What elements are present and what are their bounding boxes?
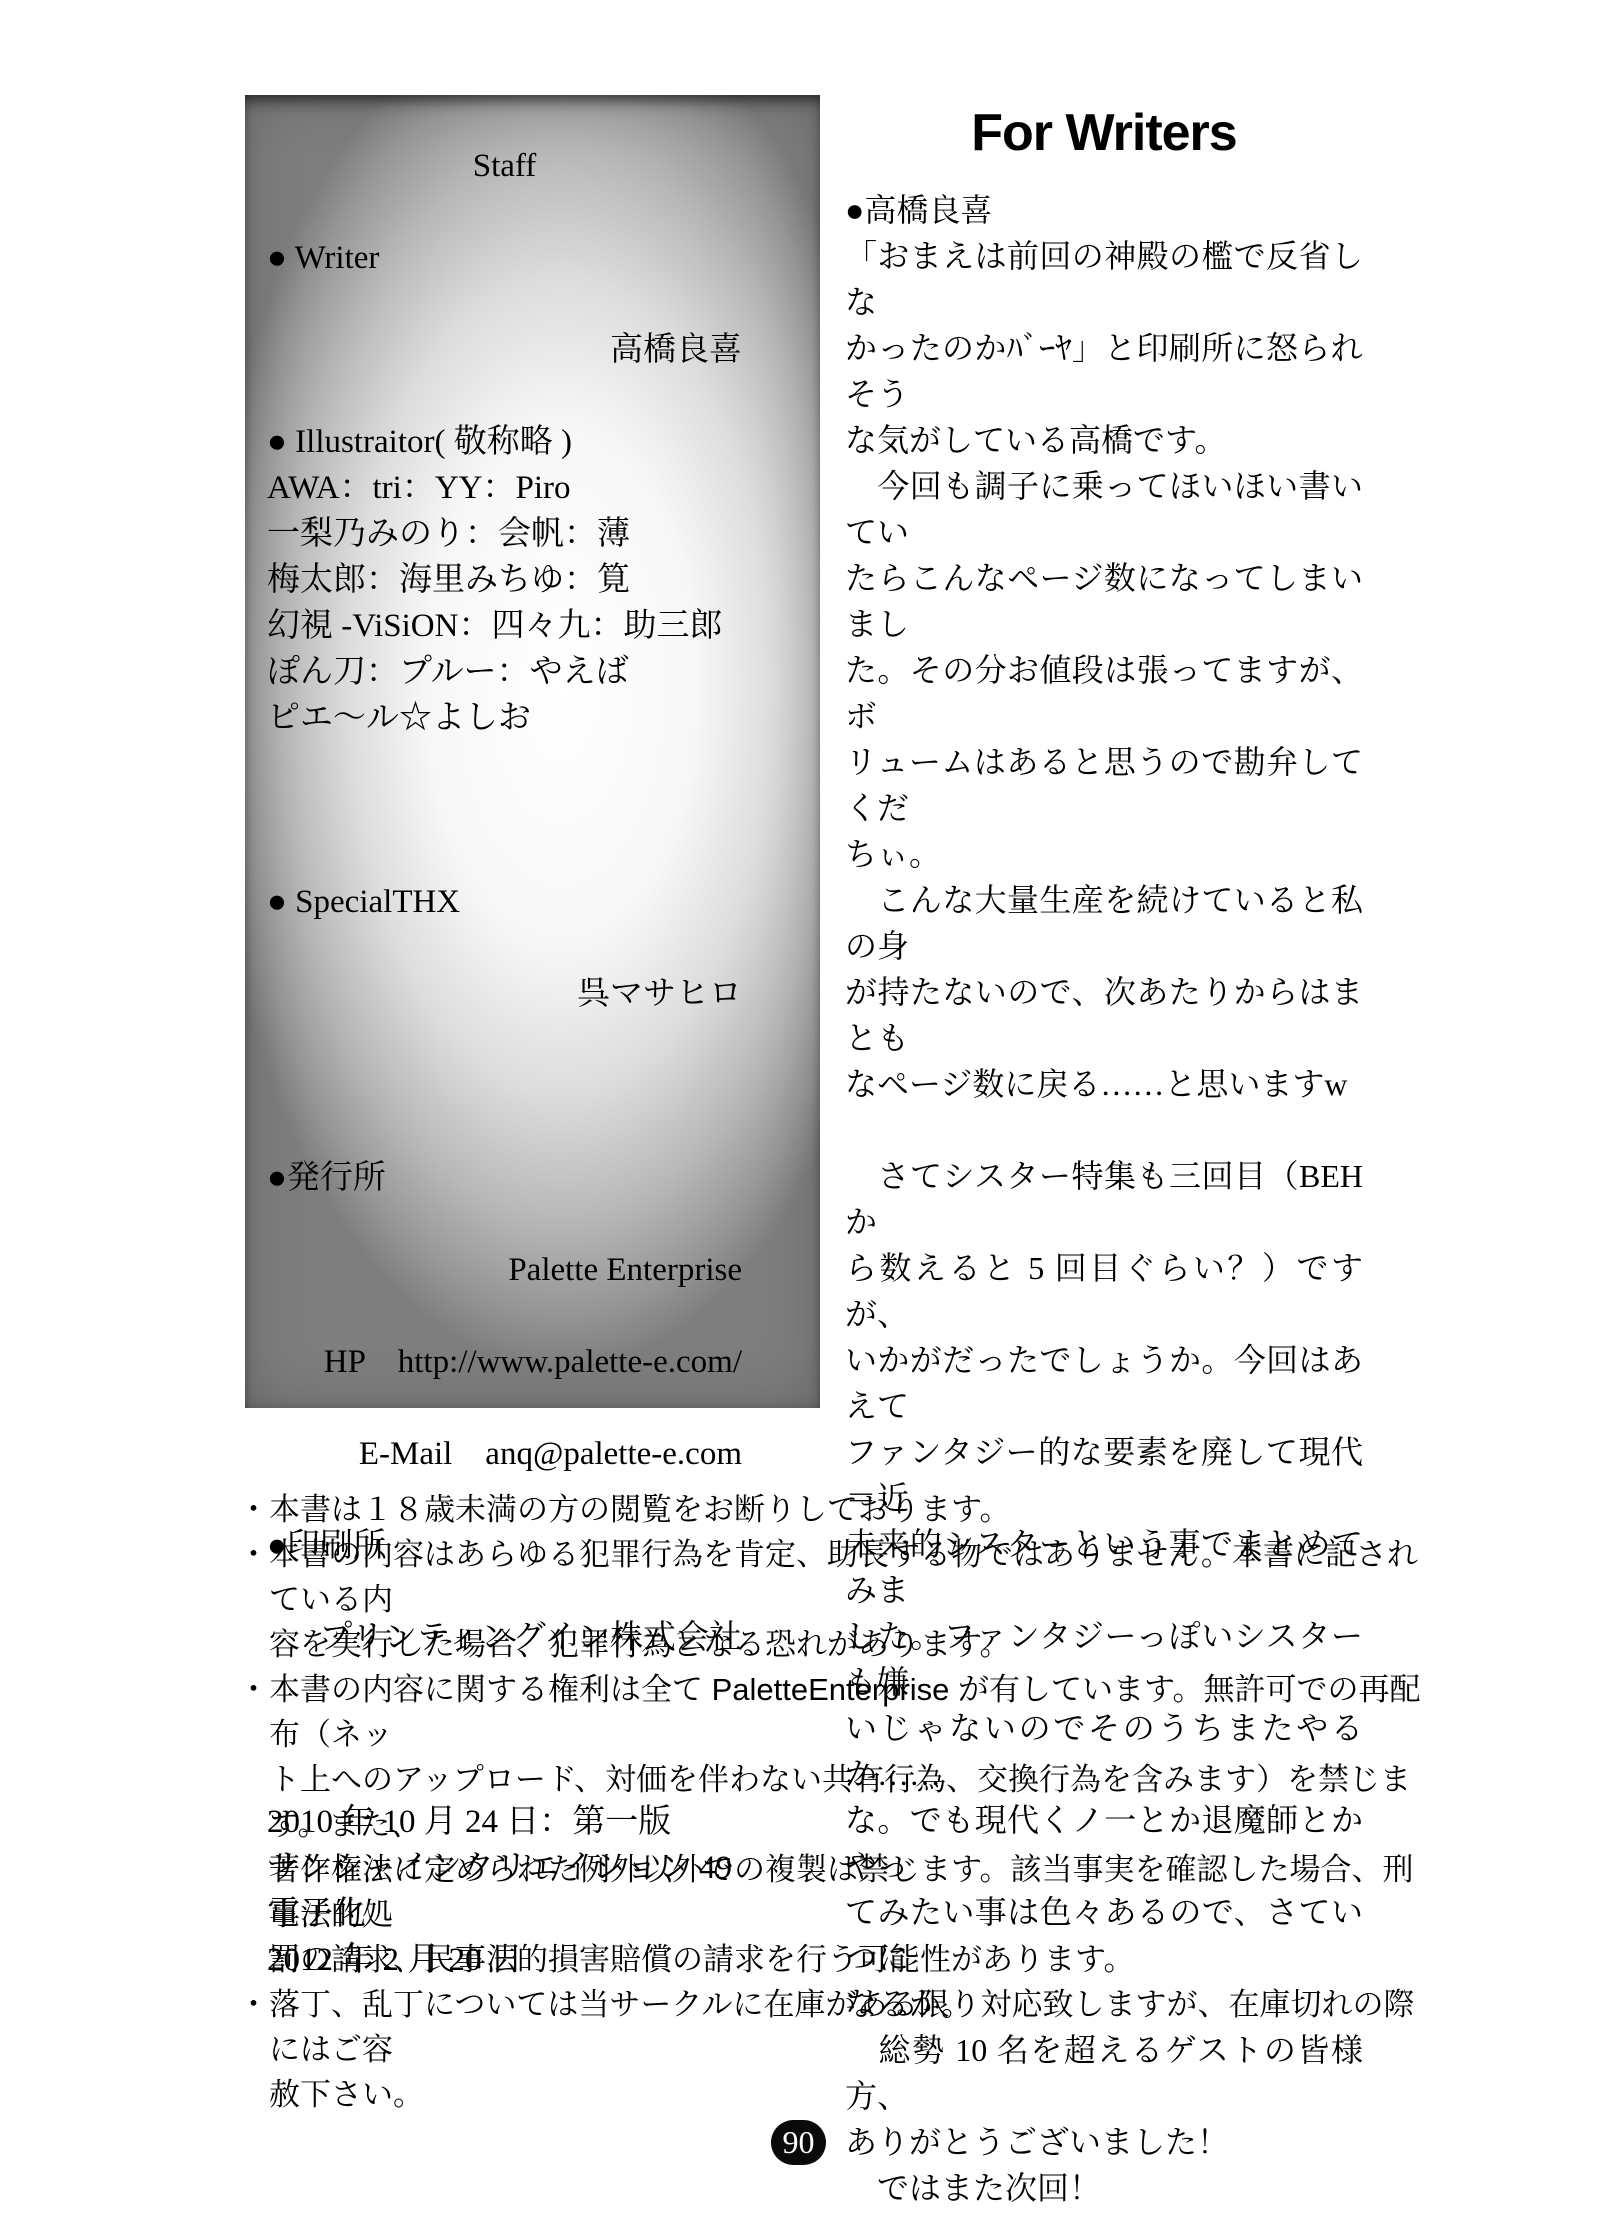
publisher-hp-line: HP http://www.palette-e.com/ [267, 1339, 742, 1385]
afterword-author-heading: ●高橋良喜 [845, 187, 1363, 233]
publisher-label: ●発行所 [267, 1155, 742, 1201]
page-number-badge: 90 [771, 2120, 826, 2165]
staff-box: Staff ● Writer 高橋良喜 ● Illustraitor( 敬称略 … [245, 95, 820, 1408]
special-thx-name: 呉マサヒロ [267, 971, 742, 1017]
afterword-title: For Writers [845, 103, 1363, 163]
illustrator-block: ● Illustraitor( 敬称略 ) AWA：tri：YY：Piro 一梨… [267, 419, 742, 741]
publisher-email-line: E-Mail anq@palette-e.com [267, 1431, 742, 1477]
disclaimer-text: 本書の内容に関する権利は全て PaletteEnterprise が有しています… [269, 1667, 1428, 1982]
spacer [267, 787, 742, 833]
disclaimer-text: 本書の内容はあらゆる犯罪行為を肯定、助長する物ではありません。本書に記されている… [269, 1532, 1428, 1667]
special-thx-label: ● SpecialTHX [267, 879, 742, 925]
page-number: 90 [783, 2124, 815, 2160]
bullet-icon: ・ [238, 1487, 269, 1532]
writer-name: 高橋良喜 [267, 327, 742, 373]
afterword-paragraph: ではまた次回！ [845, 2165, 1363, 2211]
disclaimer-text: 本書は１８歳未満の方の閲覧をお断りしております。 [269, 1487, 1428, 1532]
disclaimer-list: ・ 本書は１８歳未満の方の閲覧をお断りしております。 ・ 本書の内容はあらゆる犯… [238, 1487, 1428, 2117]
page: Staff ● Writer 高橋良喜 ● Illustraitor( 敬称略 … [0, 0, 1600, 2238]
writer-label: ● Writer [267, 235, 742, 281]
afterword-paragraph: 「おまえは前回の神殿の檻で反省しな かったのかﾊﾞｰﾔ」と印刷所に怒られそう な… [845, 233, 1363, 463]
disclaimer-item: ・ 本書の内容はあらゆる犯罪行為を肯定、助長する物ではありません。本書に記されて… [238, 1532, 1428, 1667]
publisher-name: Palette Enterprise [267, 1247, 742, 1293]
disclaimer-item: ・ 落丁、乱丁については当サークルに在庫がある限り対応致しますが、在庫切れの際に… [238, 1982, 1428, 2117]
afterword-paragraph: 今回も調子に乗ってほいほい書いてい たらこんなページ数になってしまいまし た。そ… [845, 463, 1363, 877]
bullet-icon: ・ [238, 1532, 269, 1577]
bullet-icon: ・ [238, 1667, 269, 1712]
spacer [267, 1063, 742, 1109]
bullet-icon: ・ [238, 1982, 269, 2027]
disclaimer-item: ・ 本書の内容に関する権利は全て PaletteEnterprise が有してい… [238, 1667, 1428, 1982]
disclaimer-item: ・ 本書は１８歳未満の方の閲覧をお断りしております。 [238, 1487, 1428, 1532]
disclaimer-text: 落丁、乱丁については当サークルに在庫がある限り対応致しますが、在庫切れの際にはご… [269, 1982, 1428, 2117]
afterword-paragraph: こんな大量生産を続けていると私の身 が持たないので、次あたりからはまとも なペー… [845, 877, 1363, 1107]
staff-title: Staff [267, 143, 742, 189]
